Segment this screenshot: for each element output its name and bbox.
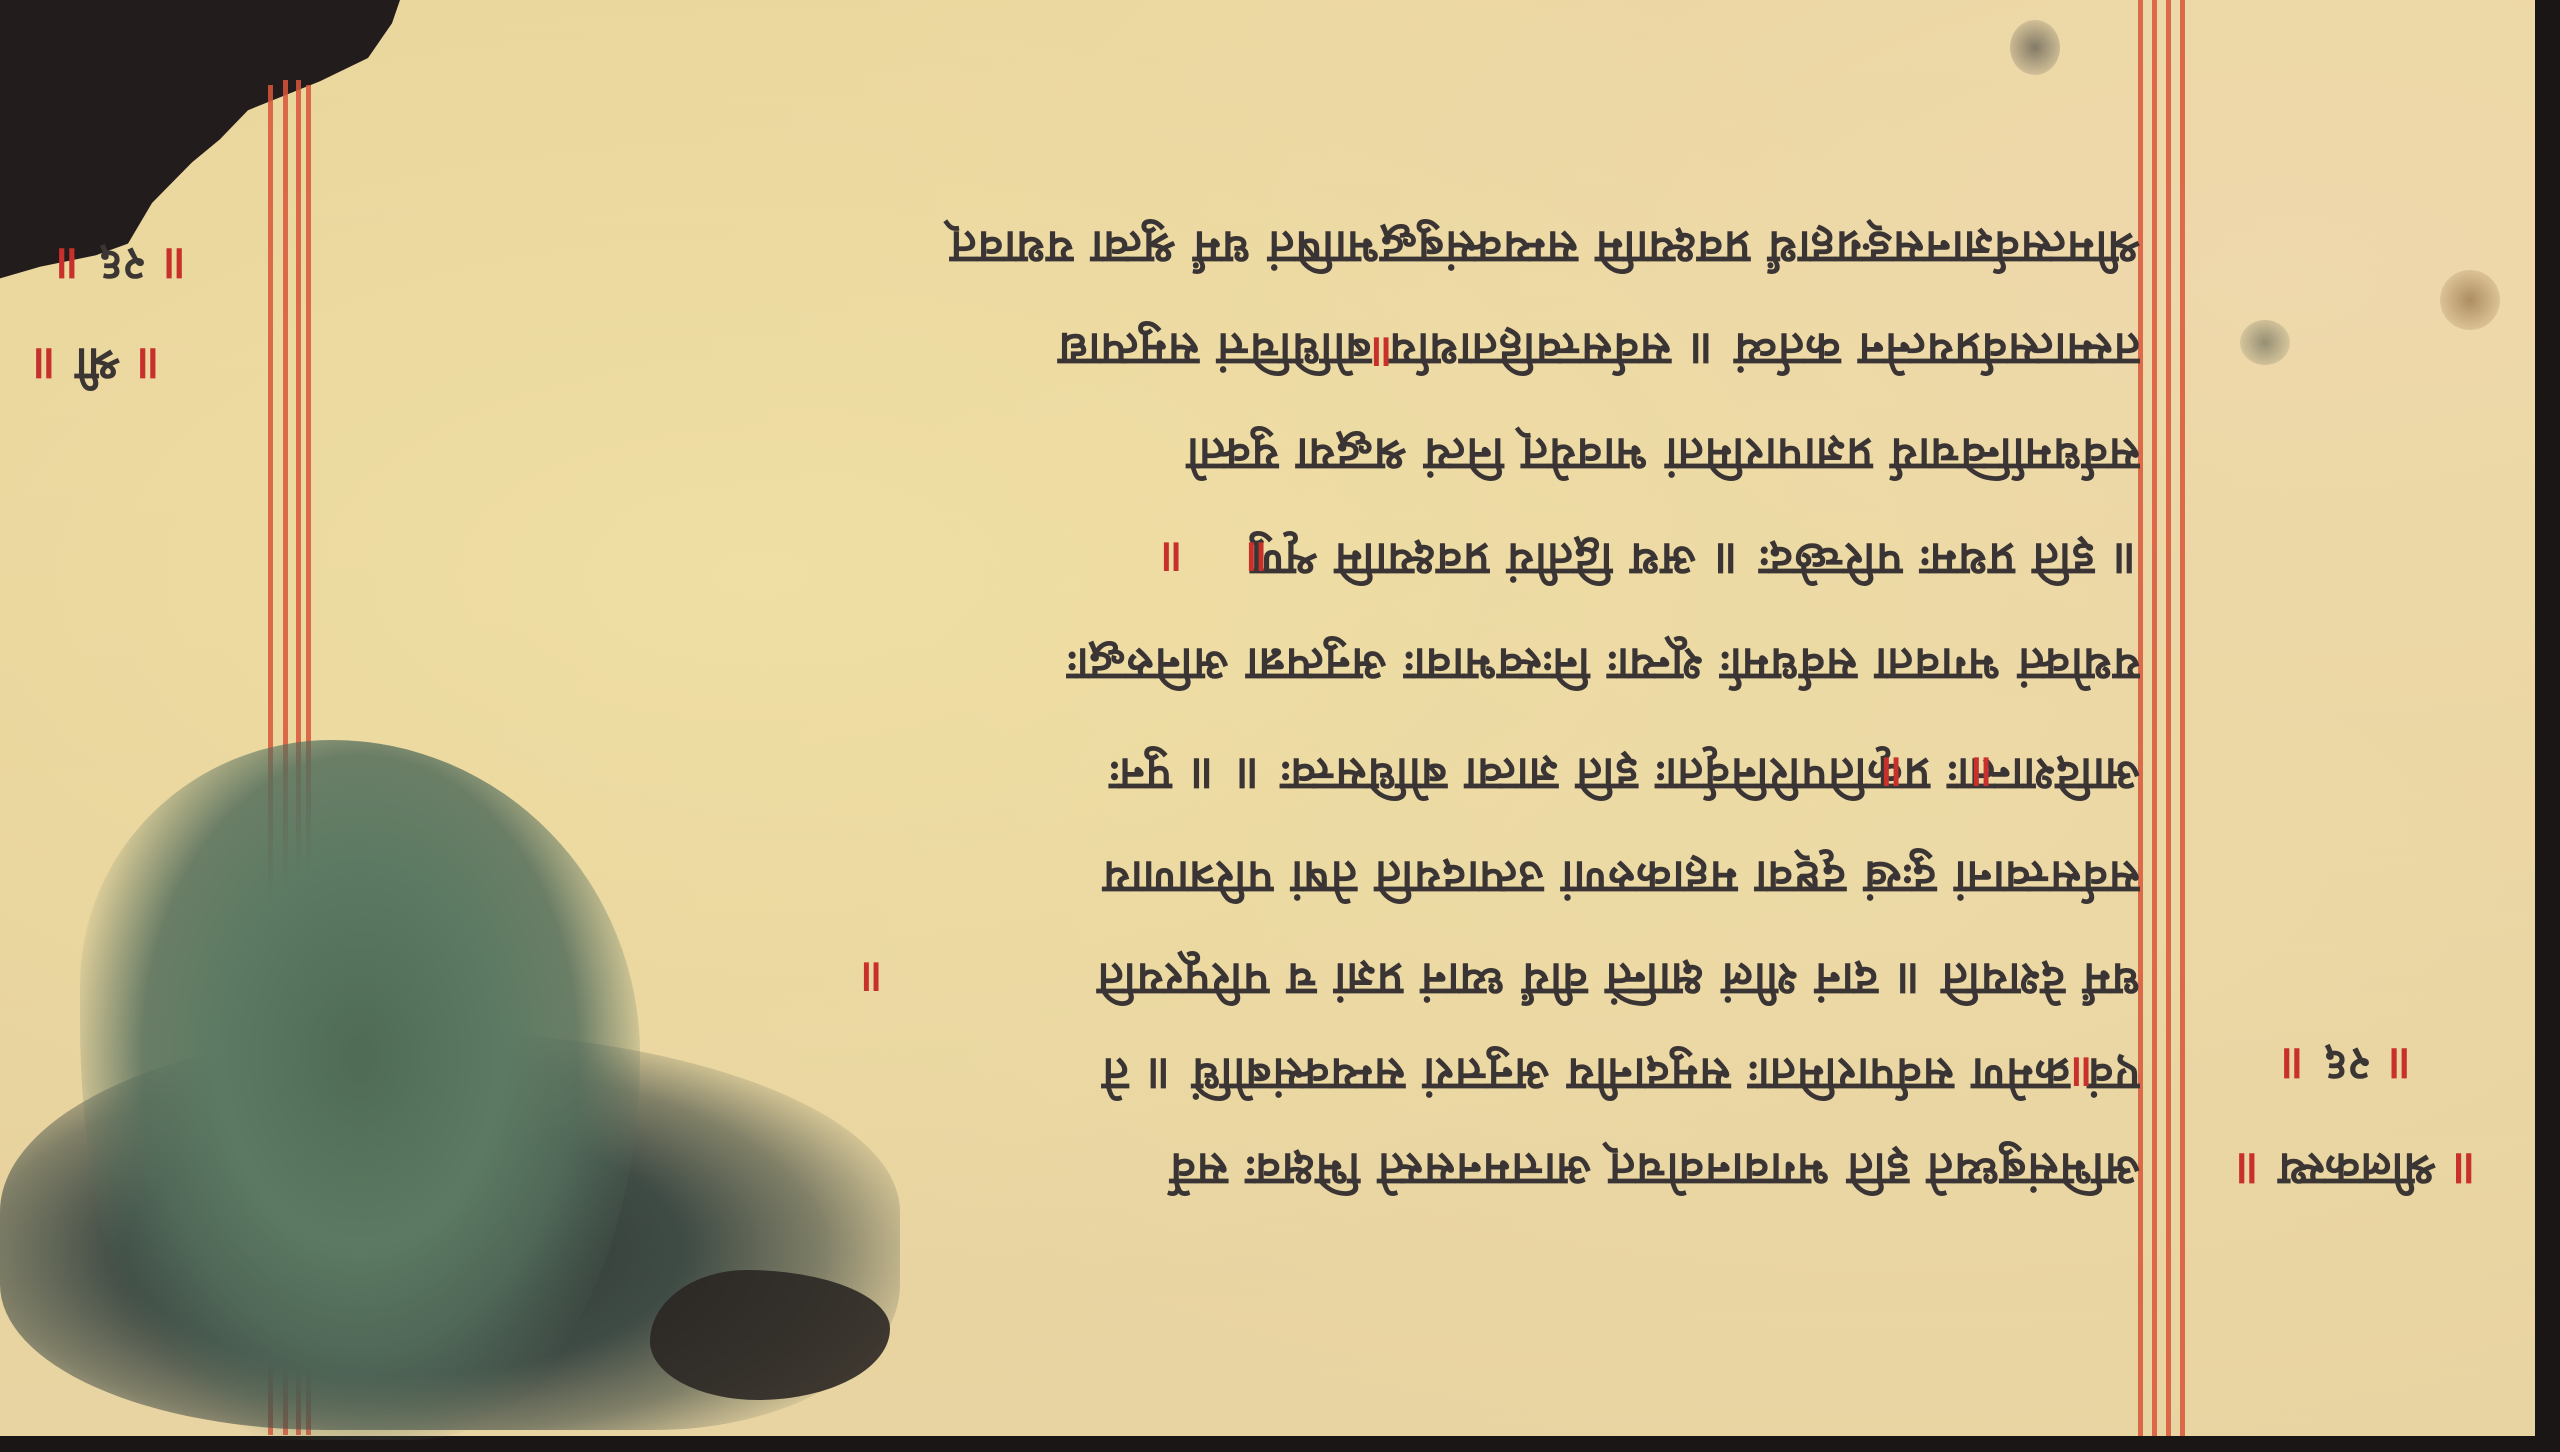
right-ruling-line: [2152, 0, 2157, 1436]
manuscript-text-line: श्रीमत्सर्वज्ञानसङ्ग्रहार्थं प्रवक्ष्याम…: [318, 218, 2140, 280]
foxing-spot: [2440, 270, 2500, 330]
line-text: ॥ इति प्रथमः परिच्छेदः ॥ अथ द्वितीयं प्र…: [318, 530, 2140, 592]
manuscript-text-line: यथोक्तं भगवता सर्वधर्माः शून्याः निःस्वभ…: [318, 635, 2140, 697]
line-text: तस्मात्सर्वप्रयत्नेन कर्तव्यं ॥ सर्वसत्त…: [318, 320, 2140, 382]
manuscript-text-line: ॥ इति प्रथमः परिच्छेदः ॥ अथ द्वितीयं प्र…: [318, 530, 2140, 592]
left-margin-folio-number: ॥ २६ ॥: [55, 235, 190, 297]
line-text: सर्वधर्मान्विचार्य प्रज्ञापारमितां भावये…: [318, 425, 2140, 487]
rubric-danda: ॥: [1880, 745, 1906, 805]
line-text: यथोक्तं भगवता सर्वधर्माः शून्याः निःस्वभ…: [318, 635, 2140, 697]
foxing-spot: [2240, 320, 2290, 365]
manuscript-text-line: सर्वधर्मान्विचार्य प्रज्ञापारमितां भावये…: [318, 425, 2140, 487]
line-text: श्रीमत्सर्वज्ञानसङ्ग्रहार्थं प्रवक्ष्याम…: [318, 218, 2140, 280]
manuscript-text-line: आदिशान्ताः प्रकृतिपरिनिर्वृताः इति ज्ञात…: [318, 745, 2140, 807]
ink-blot: [650, 1270, 890, 1400]
rubric-danda: ॥: [860, 950, 886, 1010]
right-ruling-line: [2166, 0, 2171, 1436]
mold-stain-green: [80, 740, 640, 1440]
right-ruling-line: [2180, 0, 2185, 1436]
left-margin-folio-label: ॥ श्री ॥: [32, 335, 164, 397]
foxing-spot: [2010, 20, 2060, 75]
manuscript-text-line: तस्मात्सर्वप्रयत्नेन कर्तव्यं ॥ सर्वसत्त…: [318, 320, 2140, 382]
rubric-danda: ॥: [2070, 1045, 2096, 1105]
right-ruling-line: [2138, 0, 2143, 1436]
manuscript-folio: ॥ २६ ॥ ॥ श्री ॥ ॥ २६ ॥ ॥ श्रीलकस्थ ॥ श्र…: [0, 0, 2535, 1436]
right-margin-folio-number: ॥ २६ ॥: [2280, 1035, 2415, 1097]
line-text: आदिशान्ताः प्रकृतिपरिनिर्वृताः इति ज्ञात…: [318, 745, 2140, 807]
rubric-danda: ॥: [1370, 325, 1396, 385]
right-margin-folio-label: ॥ श्रीलकस्थ ॥: [2235, 1140, 2480, 1202]
rubric-danda: ॥: [1160, 530, 1186, 590]
rubric-danda: ॥: [1970, 745, 1996, 805]
rubric-danda: ॥: [1245, 530, 1271, 590]
